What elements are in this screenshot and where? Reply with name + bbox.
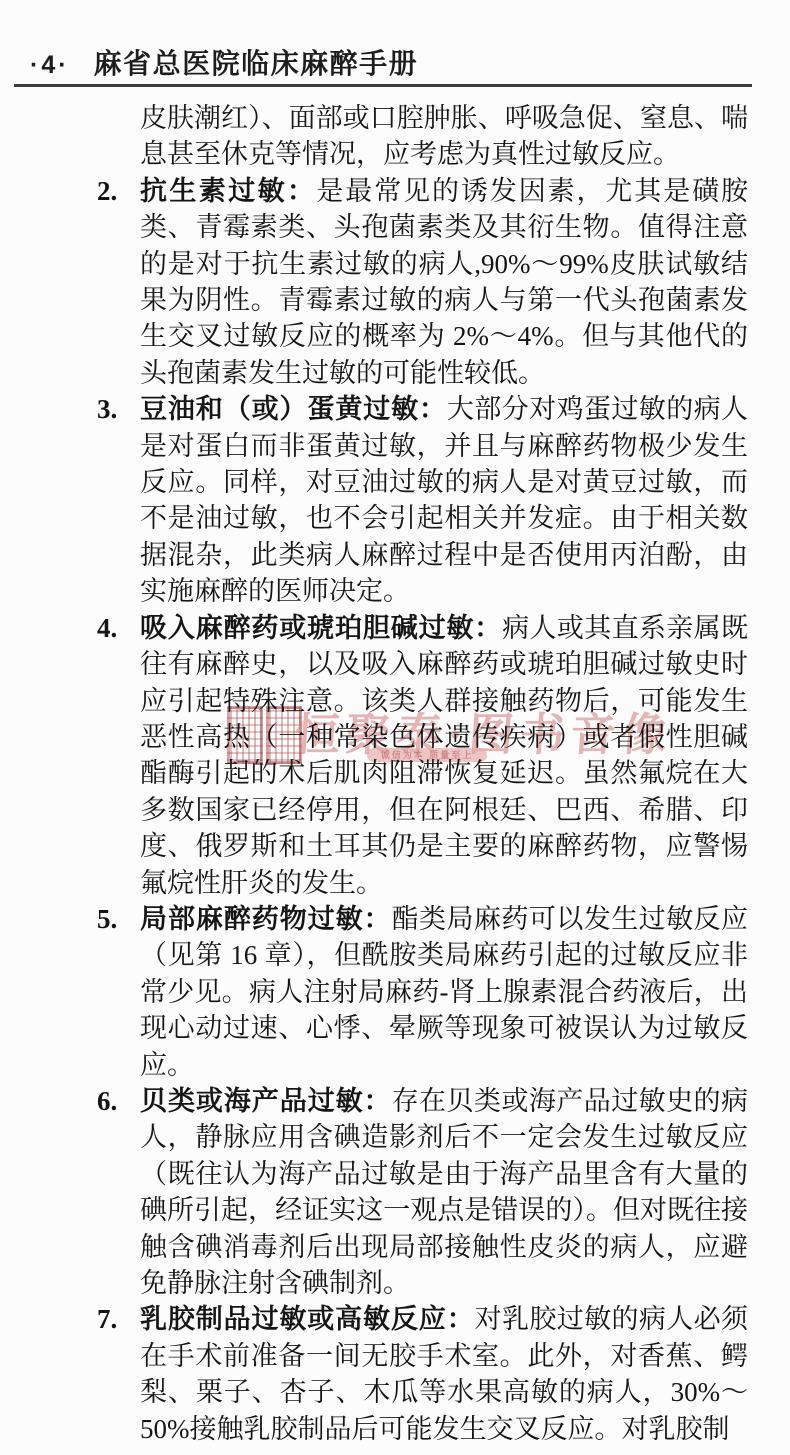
item-number: 7. [97, 1301, 117, 1337]
page-header: ·4· 麻省总医院临床麻醉手册 [30, 42, 418, 82]
item-term: 局部麻醉药物过敏： [140, 904, 392, 934]
list-item: 7.乳胶制品过敏或高敏反应：对乳胶过敏的病人必须在手术前准备一间无胶手术室。此外… [140, 1301, 748, 1447]
item-text: 是最常见的诱发因素，尤其是磺胺类、青霉素类、头孢菌素类及其衍生物。值得注意的是对… [140, 176, 748, 388]
item-term: 乳胶制品过敏或高敏反应： [140, 1304, 475, 1334]
item-number: 5. [97, 901, 117, 937]
book-title: 麻省总医院临床麻醉手册 [94, 42, 419, 82]
item-term: 吸入麻醉药或琥珀胆碱过敏： [140, 613, 502, 643]
page-number: ·4· [30, 51, 70, 80]
item-text: 存在贝类或海产品过敏史的病人，静脉应用含碘造影剂后不一定会发生过敏反应（既往认为… [140, 1086, 748, 1298]
item-text: 病人或其直系亲属既往有麻醉史，以及吸入麻醉药或琥珀胆碱过敏史时应引起特殊注意。该… [140, 613, 748, 898]
header-rule-divider [14, 84, 752, 87]
item-term: 贝类或海产品过敏： [140, 1086, 392, 1116]
continuation-paragraph: 皮肤潮红）、面部或口腔肿胀、呼吸急促、窒息、喘息甚至休克等情况，应考虑为真性过敏… [140, 100, 748, 173]
item-number: 4. [97, 610, 117, 646]
item-number: 2. [97, 173, 117, 209]
item-number: 6. [97, 1083, 117, 1119]
item-number: 3. [97, 391, 117, 427]
content-body: 皮肤潮红）、面部或口腔肿胀、呼吸急促、窒息、喘息甚至休克等情况，应考虑为真性过敏… [140, 100, 748, 1447]
list-item: 3.豆油和（或）蛋黄过敏：大部分对鸡蛋过敏的病人是对蛋白而非蛋黄过敏，并且与麻醉… [140, 391, 748, 609]
book-page: ·4· 麻省总医院临床麻醉手册 恒聚泰·图书音像 诚信为本 质量至上 皮肤潮红）… [0, 0, 790, 1455]
list-item: 2.抗生素过敏：是最常见的诱发因素，尤其是磺胺类、青霉素类、头孢菌素类及其衍生物… [140, 173, 748, 391]
item-term: 抗生素过敏： [140, 176, 316, 206]
list-item: 4.吸入麻醉药或琥珀胆碱过敏：病人或其直系亲属既往有麻醉史，以及吸入麻醉药或琥珀… [140, 610, 748, 901]
item-term: 豆油和（或）蛋黄过敏： [140, 394, 447, 424]
list-item: 5.局部麻醉药物过敏：酯类局麻药可以发生过敏反应（见第 16 章），但酰胺类局麻… [140, 901, 748, 1083]
allergy-list: 2.抗生素过敏：是最常见的诱发因素，尤其是磺胺类、青霉素类、头孢菌素类及其衍生物… [140, 173, 748, 1447]
item-text: 大部分对鸡蛋过敏的病人是对蛋白而非蛋黄过敏，并且与麻醉药物极少发生反应。同样，对… [140, 394, 748, 606]
list-item: 6.贝类或海产品过敏：存在贝类或海产品过敏史的病人，静脉应用含碘造影剂后不一定会… [140, 1083, 748, 1301]
